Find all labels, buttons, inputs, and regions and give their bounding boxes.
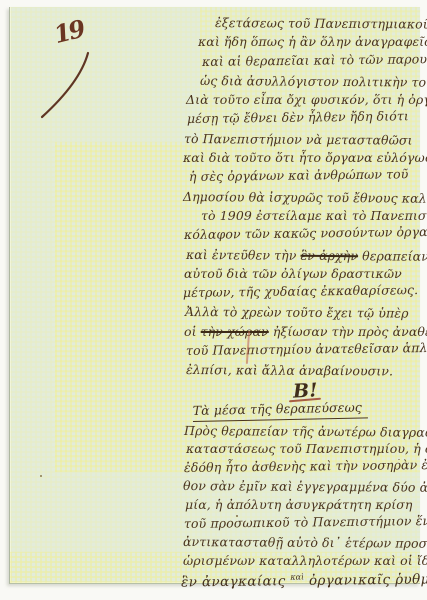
manuscript-page: 19 ἐξετάσεως τοῦ Πανεπιστημιακοῦ περιβολ… xyxy=(9,7,420,584)
handwritten-line: ἀντικατασταθῇ αὐτὸ δι᾽ ἑτέρων προσώπων xyxy=(183,533,425,553)
handwritten-line: Πρὸς θεραπείαν τῆς ἀνωτέρω διαγραφείσης xyxy=(184,422,425,442)
handwritten-text: ἡ σὲς ὀργάνων καὶ ἀνθρώπων τοῦ xyxy=(189,167,409,185)
handwritten-text: ὡρισμένων καταλληλοτέρων καὶ οἱ ἴδιοι. xyxy=(183,553,427,568)
handwritten-line: κόλαφον τῶν κακῶς νοσούντων ὀργανισμῶν. xyxy=(184,222,425,244)
handwritten-text: αὐτοῦ διὰ τῶν ὀλίγων δραστικῶν xyxy=(184,266,402,281)
handwritten-text: τοῦ προσωπικοῦ τὸ Πανεπιστήμιον ἕν, xyxy=(184,513,427,531)
handwritten-line: καὶ αἱ θεραπεῖαι καὶ τὸ τῶν παρουσῶν περ… xyxy=(202,49,425,71)
handwritten-text: καὶ ἐντεῦθεν τὴν xyxy=(186,247,301,263)
handwritten-text: μέτρων, τῆς χυδαίας ἐκκαθαρίσεως. xyxy=(183,282,418,300)
manuscript-text: ἐξετάσεως τοῦ Πανεπιστημιακοῦ περιβολῆςκ… xyxy=(181,13,425,589)
handwritten-text: μία, ἡ ἀπόλυτη ἀσυγκράτητη κρίση xyxy=(185,497,412,512)
handwritten-text: ἐδόθη ἦτο ἀσθενὴς καὶ τὴν νοσηρὰν ἐξῆλ- xyxy=(184,457,427,475)
handwritten-line: Ἀλλὰ τὸ χρεὼν τοῦτο ἔχει τῷ ὑπὲρ xyxy=(185,302,425,323)
section-b-text: Πρὸς θεραπείαν τῆς ἀνωτέρω διαγραφείσηςκ… xyxy=(181,422,425,589)
handwritten-text: ὡς διὰ ἀσυλλόγιστον πολιτικὴν τοῦ κακοῦ. xyxy=(200,73,427,90)
handwritten-line: μέτρων, τῆς χυδαίας ἐκκαθαρίσεως. xyxy=(183,280,425,302)
handwritten-text: ὀργανικαῖς ῥυθμίσεσι διὰ xyxy=(304,571,427,589)
handwritten-text: τοῦ Πανεπιστημίου ἀνατεθεῖσαν ἁπλετέαν xyxy=(186,340,427,358)
handwritten-text: Διὰ τοῦτο εἶπα ὄχι φυσικόν, ὅτι ἡ ὀργὴ xyxy=(186,92,427,107)
handwritten-line: ὡς διὰ ἀσυλλόγιστον πολιτικὴν τοῦ κακοῦ. xyxy=(200,71,425,92)
handwritten-line: τοῦ Πανεπιστημίου ἀνατεθεῖσαν ἁπλετέαν xyxy=(186,338,425,360)
handwritten-text: Δημοσίου θὰ ἰσχυρῶς τοῦ ἔθνους καλὰ xyxy=(183,189,427,206)
handwritten-text: θον σὰν ἐμῖν καὶ ἐγγεγραμμένα δύο ἀλλὰ xyxy=(183,478,427,495)
heading-row: Β! xyxy=(181,380,425,402)
handwritten-text: Ἀλλὰ τὸ χρεὼν τοῦτο ἔχει τῷ ὑπὲρ xyxy=(185,304,409,321)
handwritten-text: καὶ αἱ θεραπεῖαι καὶ τὸ τῶν παρουσῶν περ… xyxy=(202,50,427,69)
section-a-text: ἐξετάσεως τοῦ Πανεπιστημιακοῦ περιβολῆςκ… xyxy=(181,13,425,380)
handwritten-text: ἐξετάσεως τοῦ Πανεπιστημιακοῦ περιβολῆς xyxy=(215,15,427,32)
handwritten-line: ἓν ἀναγκαίαις καὶ ὀργανικαῖς ῥυθμίσεσι δ… xyxy=(181,567,425,589)
handwritten-text: καταστάσεως τοῦ Πανεπιστημίου, ἡ ὁποία xyxy=(186,441,427,456)
handwritten-text: καὶ διὰ τοῦτο ὅτι ἦτο ὄργανα εὐλόγως, ὅτ… xyxy=(183,150,427,165)
superscript-insertion: καὶ xyxy=(290,573,304,582)
handwritten-line: τοῦ προσωπικοῦ τὸ Πανεπιστήμιον ἕν, xyxy=(184,512,425,534)
scanned-document: 19 ἐξετάσεως τοῦ Πανεπιστημιακοῦ περιβολ… xyxy=(0,0,427,600)
handwritten-text: ἓν ἀναγκαίαις xyxy=(181,574,291,591)
handwritten-line: μέσῃ τῷ ἔθνει δὲν ἦλθεν ἤδη διότι xyxy=(187,107,425,129)
strikethrough-text: ἓν ἀρχὴν xyxy=(300,247,358,262)
handwritten-text: Πρὸς θεραπείαν τῆς ἀνωτέρω διαγραφείσης xyxy=(184,423,427,440)
paper-speck xyxy=(236,515,238,517)
handwritten-text: τὸ 1909 ἐστείλαμε καὶ τὸ Πανεπιστήμιον xyxy=(201,208,427,223)
handwritten-text: κόλαφον τῶν κακῶς νοσούντων ὀργανισμῶν. xyxy=(184,224,427,243)
strikethrough-text: τὴν χώραν xyxy=(201,324,269,339)
section-subheading: Τὰ μέσα τῆς θεραπεύσεως xyxy=(193,398,369,422)
handwritten-text: οἱ xyxy=(184,324,201,339)
handwritten-text: ἠξίωσαν τὴν πρὸς ἀναθεώρησιν xyxy=(269,324,427,339)
handwritten-line: ἐδόθη ἦτο ἀσθενὴς καὶ τὴν νοσηρὰν ἐξῆλ- xyxy=(184,456,425,478)
handwritten-text: ἐλπίσι, καὶ ἄλλα ἀναβαίνουσιν. xyxy=(186,362,393,378)
paper-speck xyxy=(398,459,400,460)
paper-speck xyxy=(40,475,42,477)
page-number-block: 19 xyxy=(30,13,110,128)
handwritten-text: ἀντικατασταθῇ αὐτὸ δι᾽ ἑτέρων προσώπων xyxy=(183,534,427,551)
handwritten-line: ἐλπίσι, καὶ ἄλλα ἀναβαίνουσιν. xyxy=(186,360,425,381)
handwritten-line: ἐξετάσεως τοῦ Πανεπιστημιακοῦ περιβολῆς xyxy=(215,13,425,34)
handwritten-text: θεραπείαν xyxy=(358,248,427,263)
handwritten-line: ἡ σὲς ὀργάνων καὶ ἀνθρώπων τοῦ xyxy=(189,164,425,186)
handwritten-line: Δημοσίου θὰ ἰσχυρῶς τοῦ ἔθνους καλὰ xyxy=(183,187,425,208)
handwritten-line: θον σὰν ἐμῖν καὶ ἐγγεγραμμένα δύο ἀλλὰ xyxy=(183,477,425,497)
handwritten-text: μέσῃ τῷ ἔθνει δὲν ἦλθεν ἤδη διότι xyxy=(187,109,409,127)
subheading-row: Τὰ μέσα τῆς θεραπεύσεως xyxy=(181,402,425,422)
handwritten-text: τὸ Πανεπιστήμιον νὰ μετασταθῶσι xyxy=(184,131,413,148)
handwritten-line: καὶ ἐντεῦθεν τὴν ἓν ἀρχὴν θεραπείαν xyxy=(186,245,425,266)
handwritten-text: καὶ ἤδη ὅπως ἡ ἂν ὅλην ἀναγραφεῖσα xyxy=(198,34,427,49)
handwritten-line: τὸ Πανεπιστήμιον νὰ μετασταθῶσι xyxy=(184,129,425,150)
